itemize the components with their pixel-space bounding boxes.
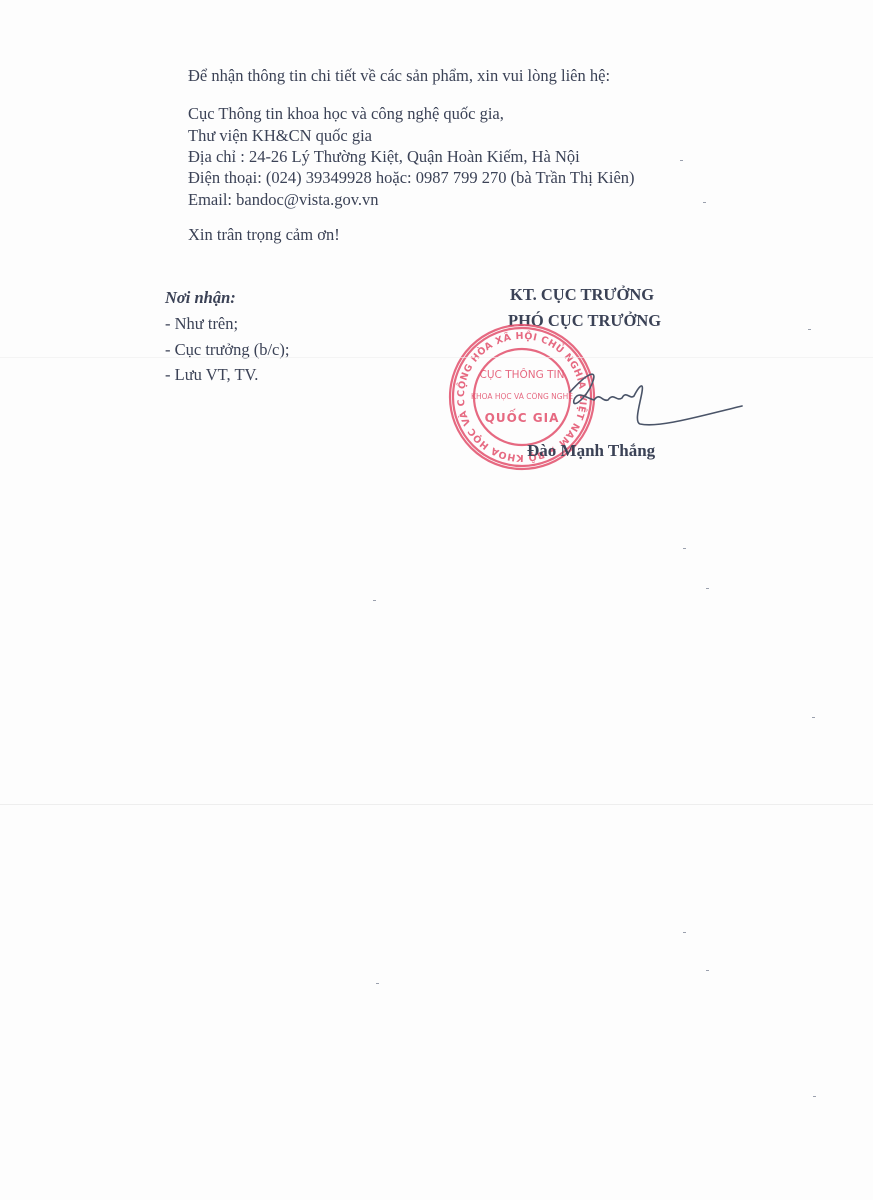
signature-title-line1: KT. CỤC TRƯỞNG <box>510 285 654 305</box>
scan-artifact-line <box>0 804 873 805</box>
recipient-item: - Lưu VT, TV. <box>165 365 258 385</box>
scan-speck <box>812 717 815 718</box>
scan-speck <box>373 600 376 601</box>
scan-speck <box>376 983 379 984</box>
scan-speck <box>683 932 686 933</box>
scan-speck <box>703 202 706 203</box>
contact-phone: Điện thoại: (024) 39349928 hoặc: 0987 79… <box>188 168 635 188</box>
scan-speck <box>706 970 709 971</box>
contact-library: Thư viện KH&CN quốc gia <box>188 126 372 146</box>
contact-org: Cục Thông tin khoa học và công nghệ quốc… <box>188 104 504 124</box>
svg-text:QUỐC GIA: QUỐC GIA <box>485 408 560 425</box>
contact-email: Email: bandoc@vista.gov.vn <box>188 190 379 210</box>
intro-text: Để nhận thông tin chi tiết về các sản ph… <box>188 66 610 86</box>
scan-artifact-line <box>0 357 873 358</box>
scan-speck <box>813 1096 816 1097</box>
scan-speck <box>680 160 683 161</box>
signer-name: Đào Mạnh Thắng <box>527 441 655 461</box>
closing-text: Xin trân trọng cảm ơn! <box>188 225 340 245</box>
handwritten-signature-icon <box>560 370 750 440</box>
scan-speck <box>706 588 709 589</box>
contact-address: Địa chỉ : 24-26 Lý Thường Kiệt, Quận Hoà… <box>188 147 580 167</box>
document-page: Để nhận thông tin chi tiết về các sản ph… <box>0 0 873 1200</box>
scan-speck <box>808 329 811 330</box>
recipients-title: Nơi nhận: <box>165 288 236 308</box>
svg-text:CỤC THÔNG TIN: CỤC THÔNG TIN <box>480 368 565 381</box>
recipient-item: - Như trên; <box>165 314 238 334</box>
svg-text:KHOA HỌC VÀ CÔNG NGHỆ: KHOA HỌC VÀ CÔNG NGHỆ <box>471 392 573 401</box>
scan-speck <box>683 548 686 549</box>
